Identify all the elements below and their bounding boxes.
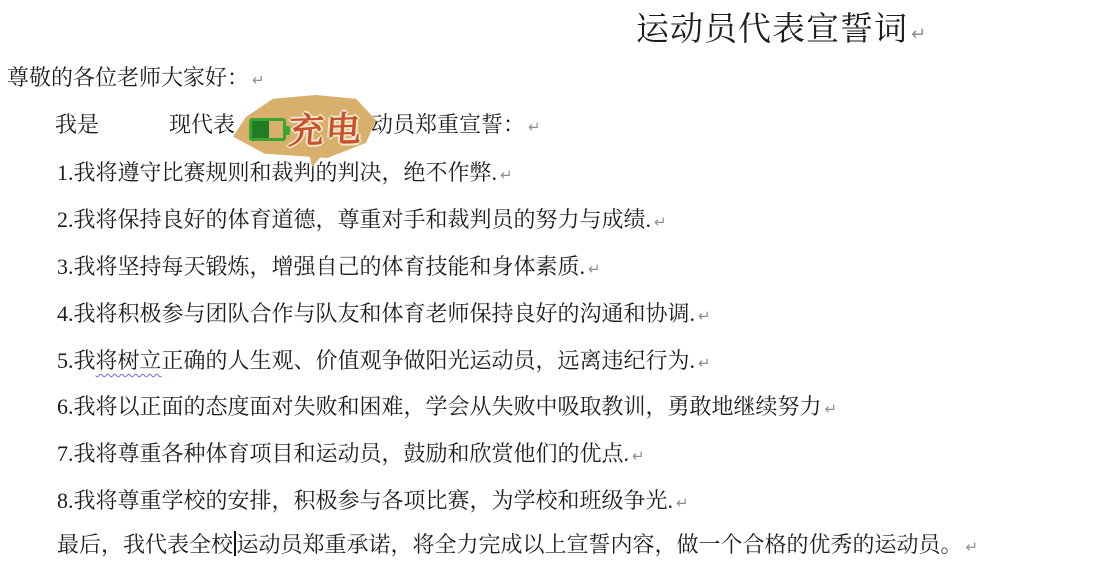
intro-part3: 动员郑重宣誓：	[371, 112, 525, 137]
item-text: 正确的人生观、价值观争做阳光运动员，远离违纪行为.	[162, 348, 696, 373]
intro-part1: 我是	[55, 112, 99, 137]
paragraph-mark-icon: ↵	[911, 24, 927, 45]
oath-item-3[interactable]: 3.我将坚持每天锻炼，增强自己的体育技能和身体素质.↵	[57, 253, 601, 283]
page-title[interactable]: 运动员代表宣誓词↵	[636, 10, 927, 55]
item-number: 3.	[57, 254, 74, 279]
item-number: 7.	[57, 441, 74, 466]
greeting-text: 尊敬的各位老师大家好：	[7, 65, 249, 90]
battery-icon	[249, 118, 286, 141]
item-text: 我将尊重学校的安排，积极参与各项比赛，为学校和班级争光.	[74, 488, 674, 513]
paragraph-mark-icon: ↵	[698, 354, 711, 372]
item-number: 8.	[57, 488, 74, 513]
oath-item-6[interactable]: 6.我将以正面的态度面对失败和困难，学会从失败中吸取教训，勇敢地继续努力↵	[57, 393, 837, 423]
oath-item-2[interactable]: 2.我将保持良好的体育道德，尊重对手和裁判员的努力与成绩.↵	[57, 206, 667, 236]
paragraph-mark-icon: ↵	[676, 494, 689, 512]
item-text: 我将坚持每天锻炼，增强自己的体育技能和身体素质.	[74, 254, 586, 279]
spellcheck-wavy-text: 将树立	[96, 348, 162, 373]
oath-item-8[interactable]: 8.我将尊重学校的安排，积极参与各项比赛，为学校和班级争光.↵	[57, 487, 689, 517]
oath-item-7[interactable]: 7.我将尊重各种体育项目和运动员，鼓励和欣赏他们的优点.↵	[57, 440, 645, 470]
paragraph-mark-icon: ↵	[500, 166, 513, 184]
paragraph-mark-icon: ↵	[528, 118, 541, 136]
paragraph-mark-icon: ↵	[654, 213, 667, 231]
closing-line[interactable]: 最后，我代表全校运动员郑重承诺，将全力完成以上宣誓内容，做一个合格的优秀的运动员…	[57, 531, 978, 561]
item-text: 我将遵守比赛规则和裁判的判决，绝不作弊.	[74, 160, 498, 185]
item-number: 1.	[57, 160, 74, 185]
item-text: 我将积极参与团队合作与队友和体育老师保持良好的沟通和协调.	[74, 301, 696, 326]
item-text: 我将以正面的态度面对失败和困难，学会从失败中吸取教训，勇敢地继续努力	[74, 394, 822, 419]
document-page[interactable]: 运动员代表宣誓词↵ 尊敬的各位老师大家好：↵ 我是现代表动员郑重宣誓：↵ 充电 …	[0, 0, 1120, 570]
item-text: 我将尊重各种体育项目和运动员，鼓励和欣赏他们的优点.	[74, 441, 630, 466]
intro-part2: 现代表	[169, 112, 235, 137]
item-number: 6.	[57, 394, 74, 419]
paragraph-mark-icon: ↵	[252, 71, 265, 89]
item-number: 4.	[57, 301, 74, 326]
item-text: 我将保持良好的体育道德，尊重对手和裁判员的努力与成绩.	[74, 207, 652, 232]
text-cursor	[234, 531, 236, 556]
paragraph-mark-icon: ↵	[698, 307, 711, 325]
paragraph-mark-icon: ↵	[632, 447, 645, 465]
closing-text: 运动员郑重承诺，将全力完成以上宣誓内容，做一个合格的优秀的运动员。	[237, 532, 963, 557]
battery-fill	[252, 121, 269, 138]
item-text: 我	[74, 348, 96, 373]
greeting-line[interactable]: 尊敬的各位老师大家好：↵	[7, 64, 265, 94]
paragraph-mark-icon: ↵	[966, 538, 979, 556]
charging-sticker[interactable]: 充电	[233, 95, 376, 158]
title-text: 运动员代表宣誓词	[636, 12, 908, 48]
paragraph-mark-icon: ↵	[825, 400, 838, 418]
item-number: 2.	[57, 207, 74, 232]
oath-item-5[interactable]: 5.我将树立正确的人生观、价值观争做阳光运动员，远离违纪行为.↵	[57, 347, 711, 377]
paragraph-mark-icon: ↵	[588, 260, 601, 278]
closing-text: 最后，我代表全校	[57, 532, 233, 557]
item-number: 5.	[57, 348, 74, 373]
oath-item-1[interactable]: 1.我将遵守比赛规则和裁判的判决，绝不作弊.↵	[57, 159, 513, 189]
sticker-label: 充电	[287, 102, 365, 155]
oath-item-4[interactable]: 4.我将积极参与团队合作与队友和体育老师保持良好的沟通和协调.↵	[57, 300, 711, 330]
